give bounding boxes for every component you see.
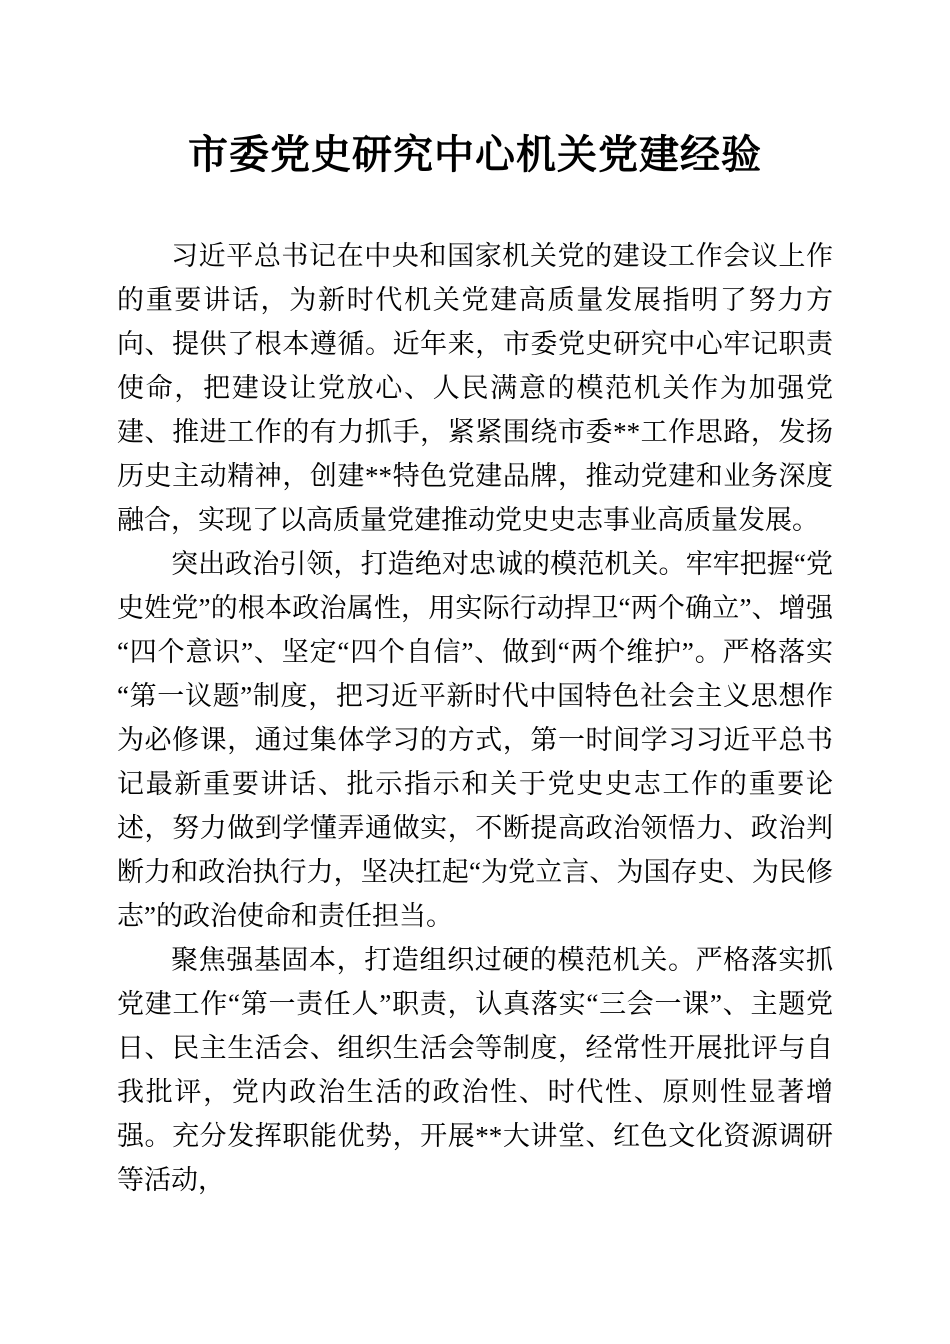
paragraph: 聚焦强基固本，打造组织过硬的模范机关。严格落实抓党建工作“第一责任人”职责，认真… <box>117 938 833 1202</box>
paragraph: 习近平总书记在中央和国家机关党的建设工作会议上作的重要讲话，为新时代机关党建高质… <box>117 234 833 542</box>
paragraph: 突出政治引领，打造绝对忠诚的模范机关。牢牢把握“党史姓党”的根本政治属性，用实际… <box>117 542 833 938</box>
document-title: 市委党史研究中心机关党建经验 <box>117 130 833 180</box>
document-page: 市委党史研究中心机关党建经验 习近平总书记在中央和国家机关党的建设工作会议上作的… <box>0 0 950 1344</box>
